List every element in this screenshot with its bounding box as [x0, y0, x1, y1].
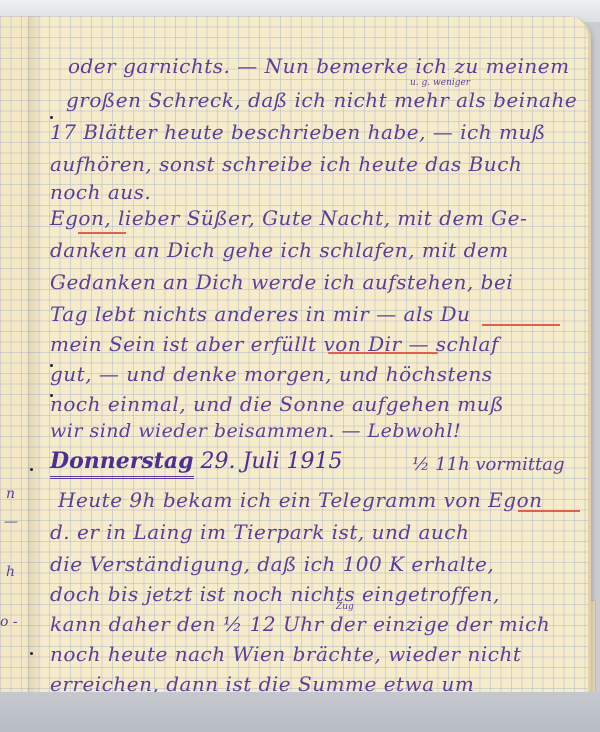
text-line: noch heute nach Wien brächte, wieder nic… — [50, 642, 521, 666]
text-line: d. er in Laing im Tierpark ist, und auch — [50, 520, 469, 544]
text-line: noch einmal, und die Sonne aufgehen muß — [50, 392, 504, 416]
text-line: Heute 9h bekam ich ein Telegramm von Ego… — [58, 488, 543, 512]
insertion-note: u. g. weniger — [410, 78, 470, 88]
text-line: großen Schreck, daß ich nicht mehr als b… — [66, 88, 577, 112]
ink-dot — [50, 116, 53, 119]
ink-dot — [30, 652, 33, 655]
text-line: doch bis jetzt ist noch nichts eingetrof… — [50, 582, 500, 606]
text-line: noch aus. — [50, 180, 151, 204]
text-line: die Verständigung, daß ich 100 K erhalte… — [50, 552, 494, 576]
entry-date: 29. Juli 1915 — [201, 449, 343, 474]
text-line: aufhören, sonst schreibe ich heute das B… — [50, 152, 522, 176]
diary-page: oder garnichts. — Nun bemerke ich zu mei… — [28, 16, 591, 704]
text-line: gut, — und denke morgen, und höchstens — [50, 362, 493, 386]
text-line: oder garnichts. — Nun bemerke ich zu mei… — [68, 54, 570, 78]
margin-mark: h — [6, 564, 15, 580]
red-underline — [78, 232, 126, 234]
background-bottom — [0, 692, 600, 732]
entry-time: ½ 11h vormittag — [412, 454, 565, 475]
text-line: Tag lebt nichts anderes in mir — als Du — [50, 302, 470, 326]
margin-mark: o - — [0, 614, 18, 630]
text-line: danken an Dich gehe ich schlafen, mit de… — [50, 238, 509, 262]
text-line: kann daher den ½ 12 Uhr der einzige der … — [50, 612, 550, 636]
entry-date-heading: Donnerstag 29. Juli 1915 — [50, 448, 343, 474]
text-line: wir sind wieder beisammen. — Lebwohl! — [50, 420, 461, 442]
margin-mark: n — [6, 486, 15, 502]
insertion-note: Zug — [336, 602, 354, 612]
red-underline — [518, 510, 580, 512]
red-underline — [482, 324, 560, 326]
red-underline — [328, 352, 438, 354]
text-line: Gedanken an Dich werde ich aufstehen, be… — [50, 270, 513, 294]
facing-page-edge: n — h o - — [0, 16, 31, 706]
entry-weekday: Donnerstag — [50, 448, 194, 479]
text-line: 17 Blätter heute beschrieben habe, — ich… — [50, 120, 546, 144]
ink-dot — [30, 468, 33, 471]
margin-mark: — — [4, 514, 18, 530]
gutter-shade — [28, 16, 42, 702]
text-line: Egon, lieber Süßer, Gute Nacht, mit dem … — [50, 206, 527, 230]
